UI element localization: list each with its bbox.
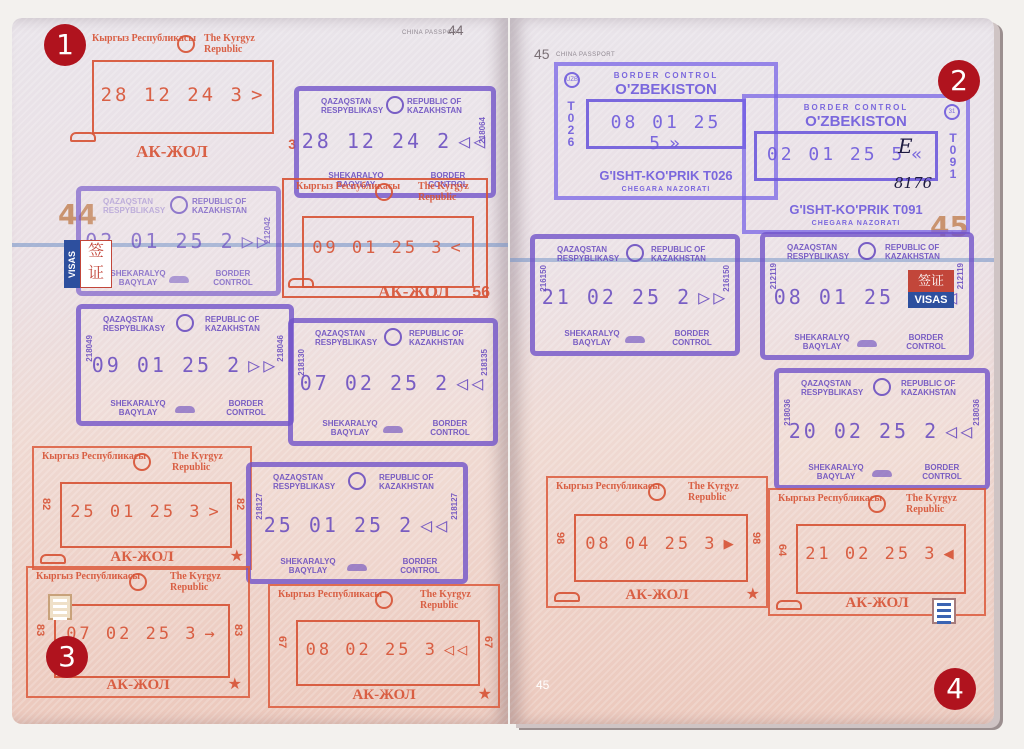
stamp-title-local: QAZAQSTAN RESPYBLIKASY bbox=[273, 473, 343, 491]
stamp-date-box: 21 02 25 3◀ bbox=[796, 524, 966, 594]
stamp-kazakhstan: QAZAQSTAN RESPYBLIKASY REPUBLIC OF KAZAK… bbox=[288, 318, 498, 446]
stamp-kyrgyz-entry: Кыргыз Республикасы The Kyrgyz Republic … bbox=[26, 566, 250, 698]
stamp-footer-en: BORDER CONTROL bbox=[208, 269, 258, 287]
stamp-serial: 218127 bbox=[450, 493, 459, 520]
stamp-title-en: The Kyrgyz Republic bbox=[204, 33, 274, 55]
stamp-date: 08 02 25 3◁◁ bbox=[298, 640, 478, 660]
stamp-footer-local: SHEKARALYQ BAQYLAY bbox=[801, 463, 871, 481]
passport-page-left: CHINA PASSPORT 44 44 Кыргыз Республикасы… bbox=[12, 18, 508, 724]
stamp-code: 83 bbox=[34, 624, 46, 636]
stamp-code: 67 bbox=[482, 636, 494, 648]
car-icon bbox=[347, 564, 367, 571]
stamp-title-local: Кыргыз Республикасы bbox=[778, 493, 882, 504]
stamp-serial: 218036 bbox=[783, 399, 792, 426]
stamp-kazakhstan: QAZAQSTAN RESPYBLIKASY REPUBLIC OF KAZAK… bbox=[76, 304, 294, 426]
stamp-footer-en: BORDER CONTROL bbox=[667, 329, 717, 347]
stamp-serial: 218135 bbox=[480, 349, 489, 376]
stamp-code: 82 bbox=[40, 498, 52, 510]
stamp-title-local: QAZAQSTAN RESPYBLIKASY bbox=[103, 315, 173, 333]
stamp-title-en: REPUBLIC OF KAZAKHSTAN bbox=[901, 379, 967, 397]
stamp-title-local: QAZAQSTAN RESPYBLIKASY bbox=[103, 197, 173, 215]
stamp-title-en: The Kyrgyz Republic bbox=[170, 571, 240, 593]
visa-badge: 签证 VISAS bbox=[908, 270, 954, 310]
stamp-kyrgyz-entry: Кыргыз Республикасы The Kyrgyz Republic … bbox=[768, 488, 986, 616]
stamp-title-en: REPUBLIC OF KAZAKHSTAN bbox=[379, 473, 445, 491]
car-icon bbox=[857, 340, 877, 347]
stamp-footer-local: SHEKARALYQ BAQYLAY bbox=[787, 333, 857, 351]
stamp-kazakhstan: QAZAQSTAN RESPYBLIKASY REPUBLIC OF KAZAK… bbox=[530, 234, 740, 356]
emblem-icon bbox=[176, 314, 194, 332]
visa-label-en: VISAS bbox=[64, 240, 80, 288]
stamp-serial: 218130 bbox=[297, 349, 306, 376]
open-passport: CHINA PASSPORT 44 44 Кыргыз Республикасы… bbox=[12, 18, 1002, 728]
emblem-icon bbox=[348, 472, 366, 490]
marker-2: 2 bbox=[938, 60, 980, 102]
emblem-icon bbox=[177, 35, 195, 53]
stamp-code: 83 bbox=[232, 624, 244, 636]
star-icon: ★ bbox=[228, 674, 242, 694]
stamp-serial: 218127 bbox=[255, 493, 264, 520]
stamp-footer-en: BORDER CONTROL bbox=[901, 333, 951, 351]
stamp-title-local: Кыргыз Республикасы bbox=[278, 589, 382, 600]
car-icon bbox=[175, 406, 195, 413]
stamp-country: O'ZBEKISTON bbox=[746, 113, 966, 130]
marker-4: 4 bbox=[934, 668, 976, 710]
stamp-footer-en: BORDER CONTROL bbox=[395, 557, 445, 575]
emblem-icon bbox=[384, 328, 402, 346]
checkpoint-name: АК-ЖОЛ bbox=[270, 687, 498, 704]
stamp-kyrgyz-exit: Кыргыз Республикасы The Kyrgyz Republic … bbox=[32, 446, 252, 570]
stamp-date: 25 01 25 3> bbox=[62, 502, 230, 522]
stamp-footer-en: BORDER CONTROL bbox=[221, 399, 271, 417]
footer-page-number: 45 bbox=[536, 678, 549, 692]
stamp-date: 21 02 25 3◀ bbox=[798, 544, 964, 564]
stamp-footer-local: SHEKARALYQ BAQYLAY bbox=[315, 419, 385, 437]
stamp-code: 98 bbox=[554, 532, 566, 544]
emblem-icon bbox=[858, 242, 876, 260]
stamp-code: 56 bbox=[472, 284, 490, 302]
stamp-title-en: REPUBLIC OF KAZAKHSTAN bbox=[409, 329, 475, 347]
stamp-date-box: 25 01 25 3> bbox=[60, 482, 232, 548]
checkpoint-name: АК-ЖОЛ bbox=[62, 142, 282, 162]
visa-label-cn: 签证 bbox=[908, 270, 954, 292]
stamp-footer-en: BORDER CONTROL bbox=[425, 419, 475, 437]
checkpoint-name: АК-ЖОЛ bbox=[548, 587, 766, 604]
checkpoint-name: АК-ЖОЛ bbox=[28, 677, 248, 694]
emblem-icon bbox=[648, 483, 666, 501]
stamp-header: BORDER CONTROL bbox=[746, 103, 966, 112]
emblem-icon bbox=[873, 378, 891, 396]
stamp-code: 67 bbox=[276, 636, 288, 648]
car-icon bbox=[383, 426, 403, 433]
stamp-code: 98 bbox=[750, 532, 762, 544]
stamp-title-local: QAZAQSTAN RESPYBLIKASY bbox=[315, 329, 385, 347]
stamp-serial: 212119 bbox=[769, 263, 778, 289]
stamp-date: 28 12 24 2◁◁ bbox=[299, 129, 491, 153]
stamp-kyrgyz-exit: Кыргыз Республикасы The Kyrgyz Republic … bbox=[62, 30, 282, 160]
car-icon bbox=[169, 276, 189, 283]
stamp-kyrgyz-exit: Кыргыз Республикасы The Kyrgyz Republic … bbox=[546, 476, 768, 608]
stamp-serial: 218064 bbox=[478, 117, 487, 144]
stamp-title-local: Кыргыз Республикасы bbox=[42, 451, 146, 462]
marker-3: 3 bbox=[46, 636, 88, 678]
direction-arrow-icon: ▶ bbox=[724, 534, 737, 554]
stamp-title-local: QAZAQSTAN RESPYBLIKASY bbox=[787, 243, 857, 261]
stamp-date: 28 12 24 3> bbox=[94, 84, 272, 106]
visa-label-en: VISAS bbox=[908, 292, 954, 308]
stamp-serial: 212042 bbox=[263, 217, 272, 244]
hologram-seal-icon bbox=[932, 598, 956, 624]
visa-badge: VISAS 签证 bbox=[64, 240, 112, 288]
stamp-date: 21 02 25 2▷▷ bbox=[535, 285, 735, 309]
car-icon bbox=[288, 278, 314, 288]
stamp-footer: CHEGARA NAZORATI bbox=[746, 220, 966, 227]
stamp-code: 64 bbox=[776, 544, 788, 556]
stamp-footer-local: SHEKARALYQ BAQYLAY bbox=[557, 329, 627, 347]
stamp-serial: 218046 bbox=[276, 335, 285, 362]
stamp-code: 82 bbox=[234, 498, 246, 510]
marker-1: 1 bbox=[44, 24, 86, 66]
stamp-title-en: REPUBLIC OF KAZAKHSTAN bbox=[205, 315, 271, 333]
star-icon: ★ bbox=[230, 546, 244, 566]
hologram-seal-icon bbox=[48, 594, 72, 620]
direction-arrow-icon: ◀ bbox=[944, 544, 957, 564]
emblem-icon bbox=[129, 573, 147, 591]
direction-arrow-icon: → bbox=[205, 624, 218, 644]
emblem-icon bbox=[626, 244, 644, 262]
direction-arrow-icon: « bbox=[911, 144, 925, 165]
stamp-date-box: 08 02 25 3◁◁ bbox=[296, 620, 480, 686]
stamp-side-code: T026 bbox=[566, 100, 576, 148]
direction-arrow-icon: > bbox=[251, 84, 265, 106]
stamp-serial: 216150 bbox=[722, 265, 731, 292]
emblem-icon bbox=[133, 453, 151, 471]
stamp-uzbekistan: 31 BORDER CONTROL O'ZBEKISTON T091 02 01… bbox=[742, 94, 970, 234]
handwritten-number: 8176 bbox=[894, 174, 932, 192]
stamp-date: 20 02 25 2◁◁ bbox=[779, 419, 985, 443]
stamp-kyrgyz-exit: Кыргыз Республикасы The Kyrgyz Republic … bbox=[268, 584, 500, 708]
checkpoint-name: АК-ЖОЛ bbox=[34, 549, 250, 566]
stamp-date: 07 02 25 2◁◁ bbox=[293, 371, 493, 395]
stamp-kazakhstan: QAZAQSTAN RESPYBLIKASY REPUBLIC OF KAZAK… bbox=[246, 462, 468, 584]
stamp-footer-local: SHEKARALYQ BAQYLAY bbox=[103, 399, 173, 417]
stamp-footer-en: BORDER CONTROL bbox=[917, 463, 967, 481]
page-number: 44 bbox=[448, 22, 464, 38]
stamp-side-code: T091 bbox=[948, 132, 958, 180]
stamp-date-box: 09 01 25 3< bbox=[302, 216, 474, 288]
direction-arrow-icon: » bbox=[669, 133, 683, 154]
car-icon bbox=[625, 336, 645, 343]
stamp-serial: 212119 bbox=[956, 263, 965, 289]
stamp-serial: 218036 bbox=[972, 399, 981, 426]
stamp-date-box: 08 04 25 3▶ bbox=[574, 514, 748, 582]
emblem-icon bbox=[375, 591, 393, 609]
stamp-kyrgyz-entry: Кыргыз Республикасы The Kyrgyz Republic … bbox=[272, 178, 496, 308]
stamp-title-local: QAZAQSTAN RESPYBLIKASY bbox=[557, 245, 627, 263]
stamp-date-box: 08 01 25 5» bbox=[586, 99, 746, 149]
stamp-footer-local: SHEKARALYQ BAQYLAY bbox=[273, 557, 343, 575]
emblem-icon bbox=[170, 196, 188, 214]
page-number: 45 bbox=[534, 46, 550, 62]
handwritten-letter: E bbox=[898, 134, 913, 158]
star-icon: ★ bbox=[478, 684, 492, 704]
stamp-date: 07 02 25 3→ bbox=[56, 624, 228, 644]
direction-arrow-icon: ◁◁ bbox=[420, 513, 450, 537]
car-icon bbox=[70, 132, 96, 142]
stamp-title-en: REPUBLIC OF KAZAKHSTAN bbox=[192, 197, 258, 215]
stamp-footer-local: SHEKARALYQ BAQYLAY bbox=[103, 269, 173, 287]
emblem-icon bbox=[868, 495, 886, 513]
stamp-serial: 216150 bbox=[539, 265, 548, 292]
stamp-title-local: QAZAQSTAN RESPYBLIKASY bbox=[321, 97, 391, 115]
stamp-checkpoint: G'ISHT-KO'PRIK T091 bbox=[746, 202, 966, 217]
direction-arrow-icon: ◁◁ bbox=[945, 419, 975, 443]
stamp-title-local: QAZAQSTAN RESPYBLIKASY bbox=[801, 379, 871, 397]
stamp-title-local: Кыргыз Республикасы bbox=[36, 571, 140, 582]
stamp-title-en: REPUBLIC OF KAZAKHSTAN bbox=[885, 243, 951, 261]
stamp-date: 25 01 25 2◁◁ bbox=[251, 513, 463, 537]
stamp-title-en: REPUBLIC OF KAZAKHSTAN bbox=[407, 97, 473, 115]
passport-page-right: 45 CHINA PASSPORT 45 45 UZB BORDER CONTR… bbox=[510, 18, 994, 724]
page-header-label: CHINA PASSPORT bbox=[556, 52, 615, 58]
stamp-title-en: The Kyrgyz Republic bbox=[172, 451, 242, 473]
stamp-date: 09 01 25 3< bbox=[304, 238, 472, 258]
direction-arrow-icon: ◁◁ bbox=[444, 640, 470, 660]
stamp-title-en: The Kyrgyz Republic bbox=[688, 481, 758, 503]
direction-arrow-icon: < bbox=[451, 238, 464, 258]
stamp-serial: 218049 bbox=[85, 335, 94, 362]
stamp-header: BORDER CONTROL bbox=[558, 71, 774, 80]
direction-arrow-icon: > bbox=[209, 502, 222, 522]
stamp-date: 08 04 25 3▶ bbox=[576, 534, 746, 554]
stamp-title-en: REPUBLIC OF KAZAKHSTAN bbox=[651, 245, 717, 263]
visa-label-cn: 签证 bbox=[80, 240, 112, 288]
emblem-icon bbox=[386, 96, 404, 114]
car-icon bbox=[872, 470, 892, 477]
stamp-date-box: 28 12 24 3> bbox=[92, 60, 274, 134]
stamp-title-en: The Kyrgyz Republic bbox=[420, 589, 490, 611]
stamp-date: 08 01 25 5» bbox=[589, 112, 743, 154]
stamp-date: 09 01 25 2▷▷ bbox=[81, 353, 289, 377]
star-icon: ★ bbox=[746, 584, 760, 604]
direction-arrow-icon: ▷▷ bbox=[248, 353, 278, 377]
stamp-title-en: The Kyrgyz Republic bbox=[906, 493, 976, 515]
stamp-kazakhstan: QAZAQSTAN RESPYBLIKASY REPUBLIC OF KAZAK… bbox=[774, 368, 990, 490]
stamp-title-local: Кыргыз Республикасы bbox=[556, 481, 660, 492]
